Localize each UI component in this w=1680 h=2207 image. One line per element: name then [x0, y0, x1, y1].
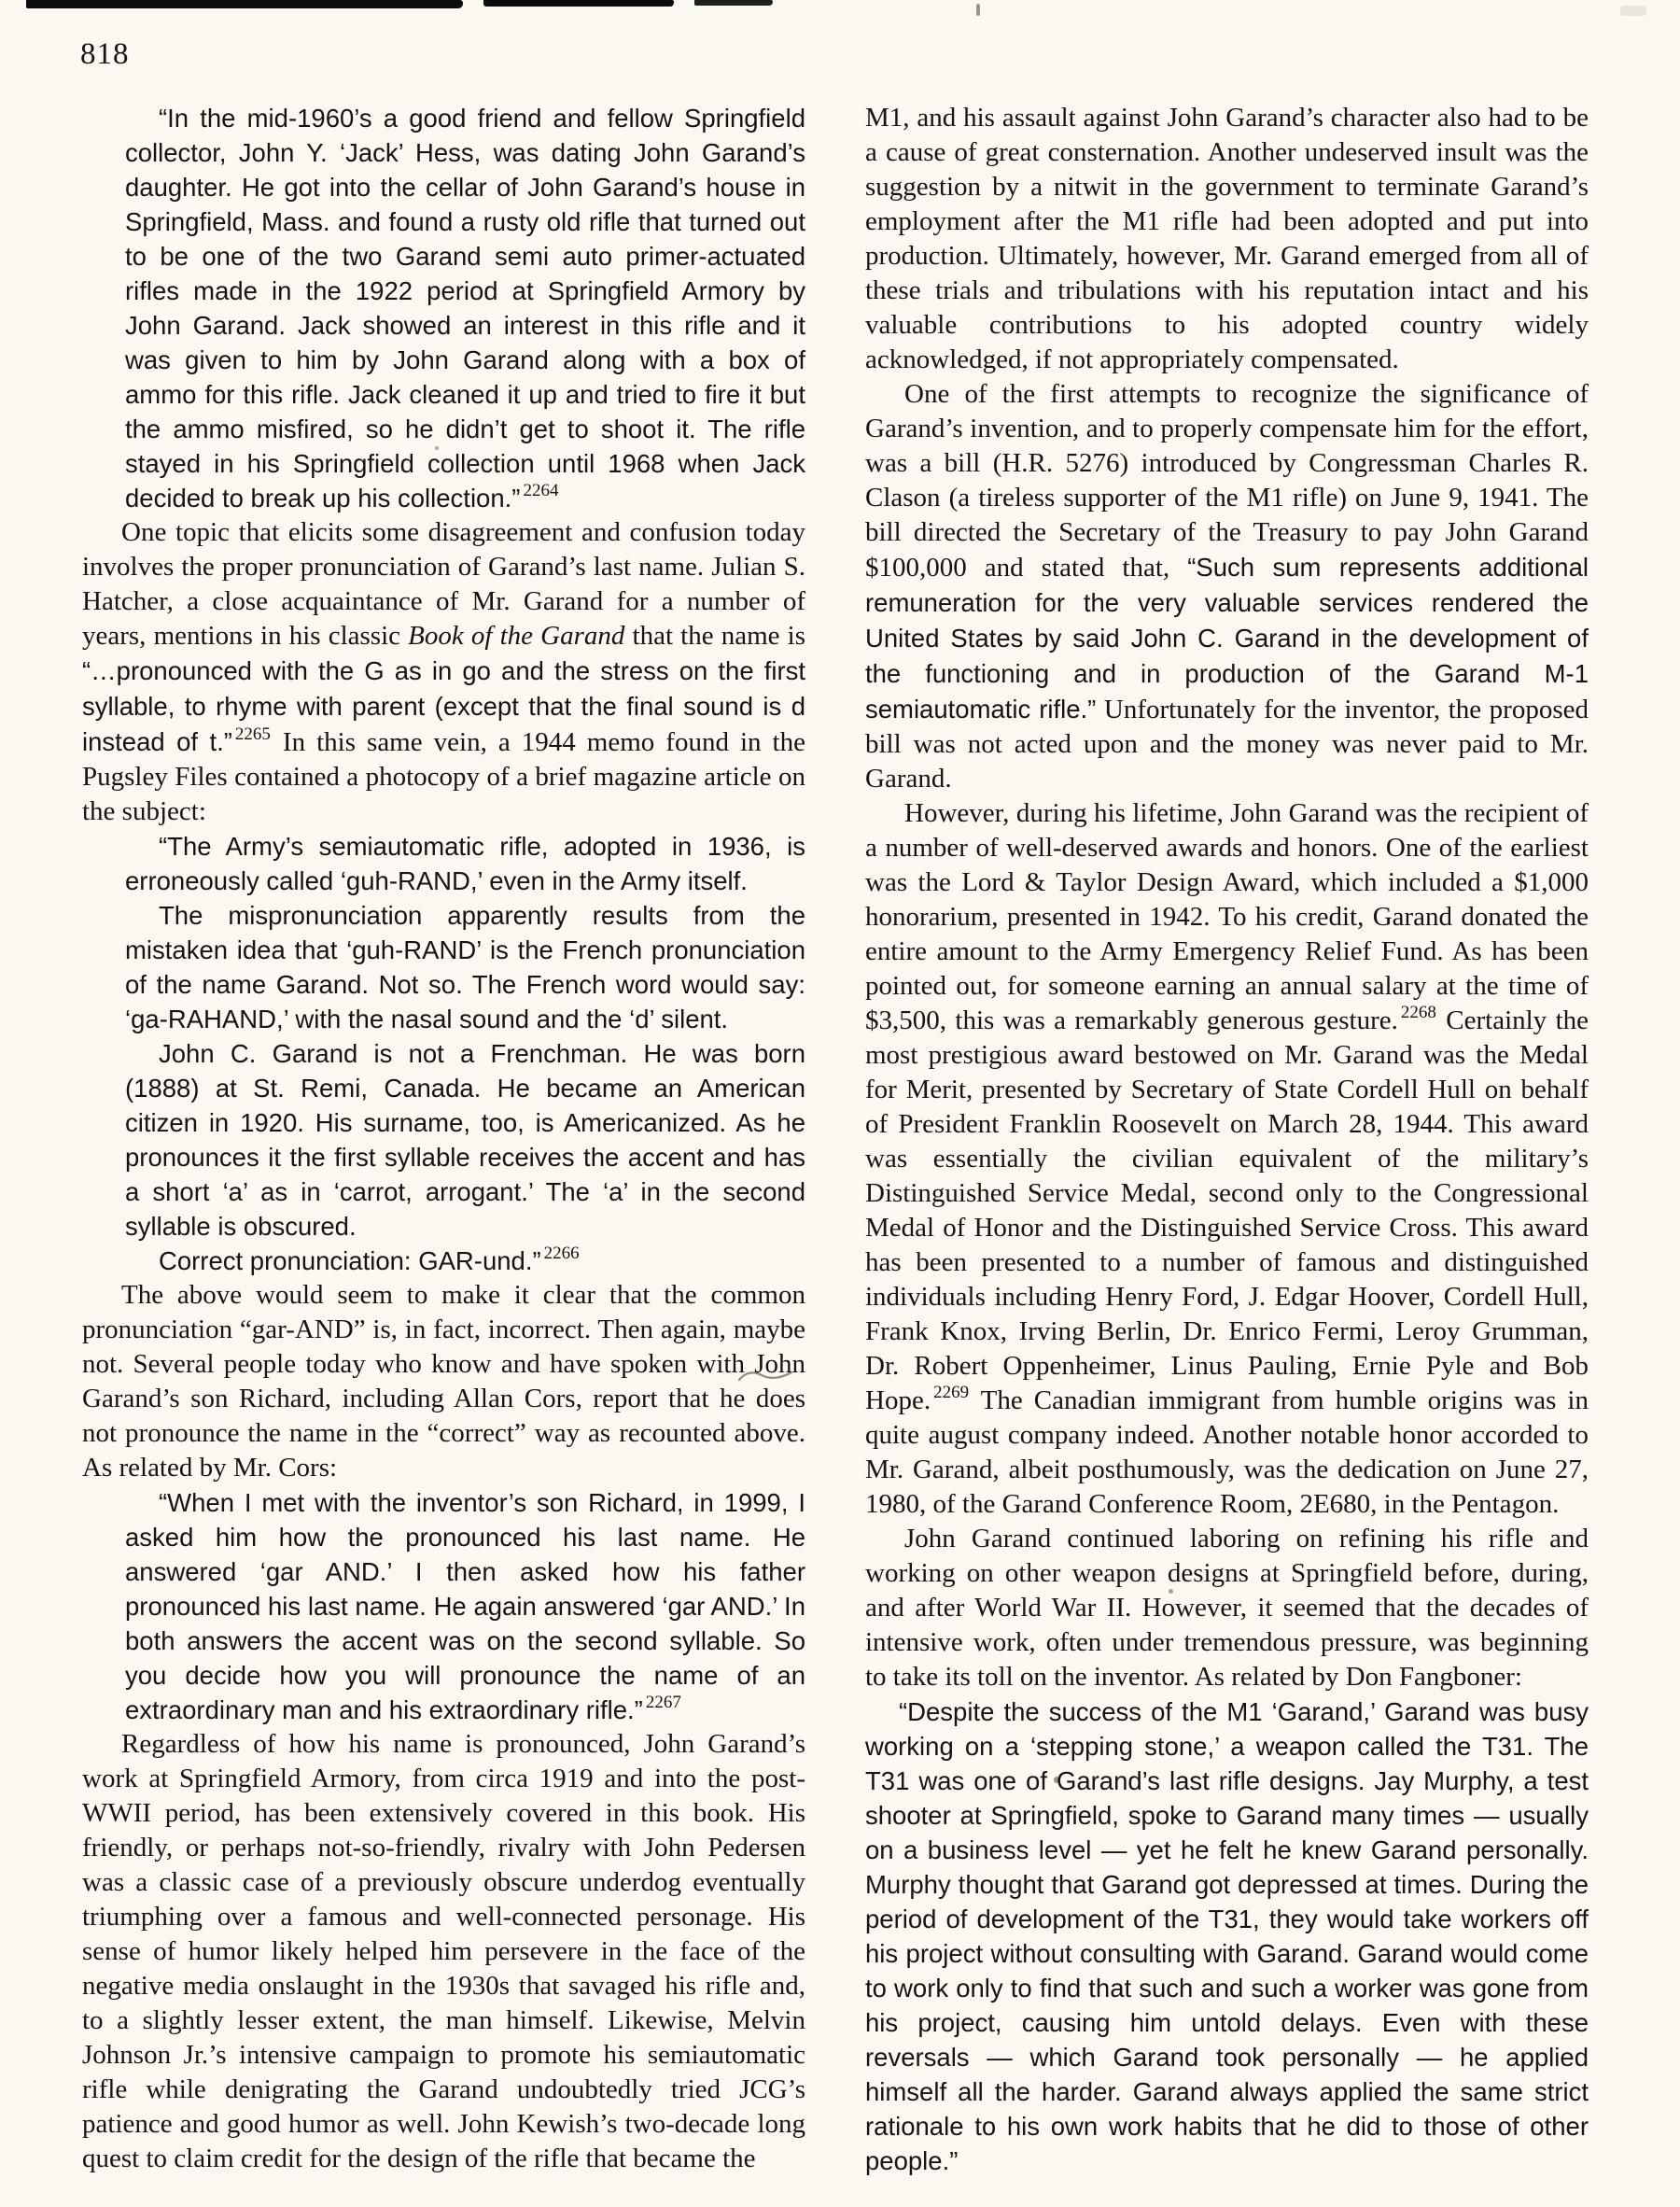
text-run: Certainly the most prestigious award bes… [865, 1005, 1589, 1415]
text-run: M1, and his assault against John Garand’… [865, 103, 1589, 374]
body-paragraph: John Garand continued laboring on refini… [865, 1522, 1589, 1694]
text-run: However, during his lifetime, John Garan… [865, 798, 1589, 1035]
quoted-paragraph: Correct pronunciation: GAR-und.”2266 [82, 1244, 805, 1278]
scan-artifact-bar [694, 0, 773, 6]
text-columns: “In the mid-1960’s a good friend and fel… [82, 101, 1589, 2178]
text-run: John Garand continued laboring on refini… [865, 1524, 1589, 1692]
quoted-paragraph: “The Army’s semiautomatic rifle, adopted… [82, 829, 805, 898]
scan-artifact-bar [26, 0, 463, 8]
scan-artifact-smudge [1620, 6, 1646, 16]
text-run: “Despite the success of the M1 ‘Garand,’… [865, 1697, 1589, 2175]
endnote-reference: 2266 [541, 1244, 581, 1263]
text-run: “When I met with the inventor’s son Rich… [125, 1488, 805, 1724]
scan-artifact-speck [976, 4, 980, 16]
text-run: Correct pronunciation: GAR-und.” [159, 1246, 541, 1275]
body-paragraph: One topic that elicits some disagreement… [82, 515, 805, 829]
quoted-paragraph: John C. Garand is not a Frenchman. He wa… [82, 1036, 805, 1244]
endnote-reference: 2269 [931, 1383, 970, 1402]
book-page: { "page": { "number": "818" }, "colors":… [0, 0, 1680, 2207]
body-paragraph: The above would seem to make it clear th… [82, 1278, 805, 1485]
endnote-reference: 2268 [1398, 1003, 1437, 1022]
text-run: “In the mid-1960’s a good friend and fel… [125, 104, 805, 513]
body-paragraph: However, during his lifetime, John Garan… [865, 796, 1589, 1522]
endnote-reference: 2267 [643, 1693, 682, 1712]
right-column: M1, and his assault against John Garand’… [865, 101, 1589, 2178]
endnote-reference: 2265 [232, 724, 272, 744]
page-number: 818 [80, 37, 130, 72]
text-run: “The Army’s semiautomatic rifle, adopted… [125, 832, 805, 895]
text-run: The above would seem to make it clear th… [82, 1280, 805, 1483]
text-run: Book of the Garand [408, 621, 624, 651]
left-column: “In the mid-1960’s a good friend and fel… [82, 101, 805, 2178]
quoted-paragraph: “In the mid-1960’s a good friend and fel… [82, 101, 805, 515]
quoted-paragraph: “Despite the success of the M1 ‘Garand,’… [865, 1694, 1589, 2178]
text-run: John C. Garand is not a Frenchman. He wa… [125, 1039, 805, 1241]
text-run: Regardless of how his name is pronounced… [82, 1729, 805, 2173]
body-paragraph: One of the first attempts to recognize t… [865, 377, 1589, 796]
body-paragraph: Regardless of how his name is pronounced… [82, 1727, 805, 2176]
scan-artifact-bar [483, 0, 674, 7]
body-paragraph: M1, and his assault against John Garand’… [865, 101, 1589, 377]
text-run: The Canadian immigrant from humble origi… [865, 1385, 1589, 1519]
quoted-paragraph: The mispronunciation apparently results … [82, 898, 805, 1036]
endnote-reference: 2264 [520, 481, 559, 500]
text-run: The mispronunciation apparently results … [125, 901, 805, 1033]
quoted-paragraph: “When I met with the inventor’s son Rich… [82, 1485, 805, 1727]
text-run: that the name is [624, 621, 805, 651]
